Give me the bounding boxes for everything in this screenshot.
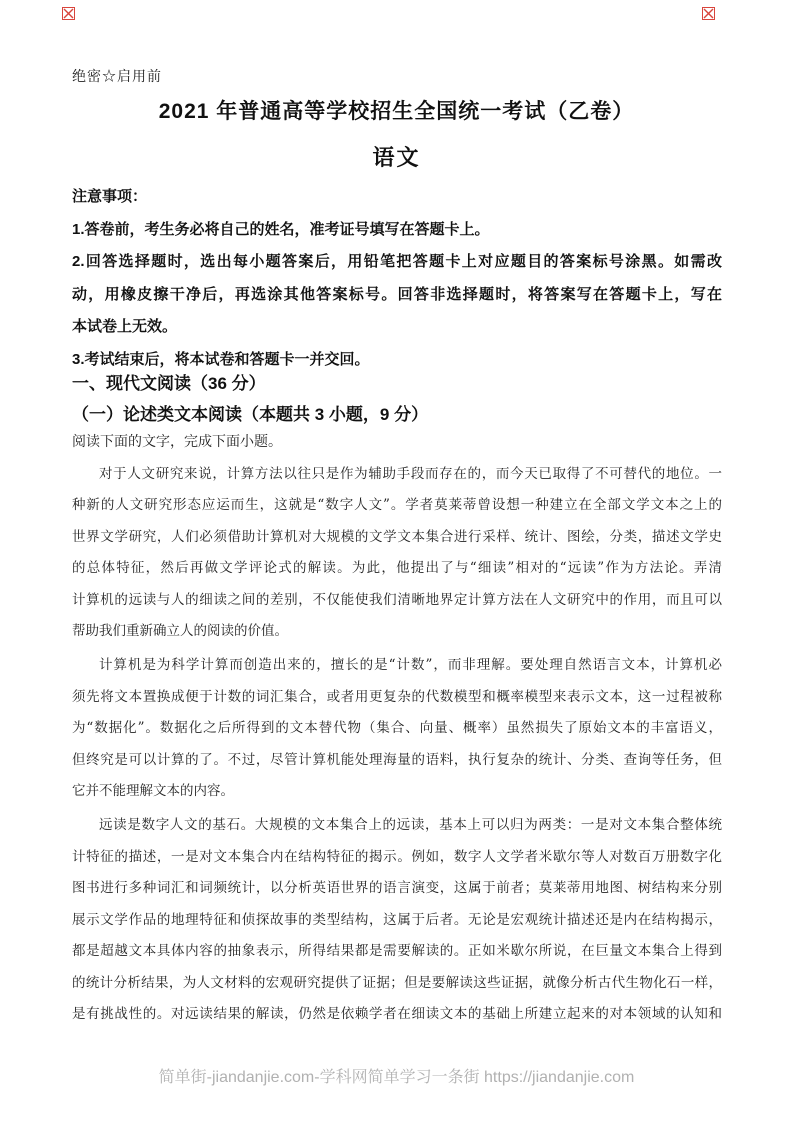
notice-line: 动，用橡皮擦干净后，再选涂其他答案标号。回答非选择题时，将答案写在答题卡上，写在	[72, 279, 722, 312]
notice-line: 2.回答选择题时，选出每小题答案后，用铅笔把答题卡上对应题目的答案标号涂黑。如需…	[72, 246, 722, 279]
broken-image-icon	[62, 5, 75, 18]
body-line: 计算机是为科学计算而创造出来的，擅长的是“计数”，而非理解。要处理自然语言文本，…	[72, 650, 722, 681]
notice-heading: 注意事项：	[72, 181, 722, 214]
footer-link[interactable]: 简单街-jiandanjie.com-学科网简单学习一条街 https://ji…	[0, 1064, 793, 1087]
body-paragraph: 远读是数字人文的基石。大规模的文本集合上的远读，基本上可以归为两类：一是对文本集…	[72, 810, 722, 1030]
body-paragraph: 对于人文研究来说，计算方法以往只是作为辅助手段而存在的，而今天已取得了不可替代的…	[72, 459, 722, 647]
body-line: 须先将文本置换成便于计数的词汇集合，或者用更复杂的代数模型和概率模型来表示文本，…	[72, 682, 722, 713]
reading-prompt: 阅读下面的文字，完成下面小题。	[72, 431, 282, 451]
secrecy-label: 绝密☆启用前	[72, 66, 162, 86]
body-line: 的总体特征，然后再做文学评论式的解读。为此，他提出了与“细读”相对的“远读”作为…	[72, 553, 722, 584]
body-line: 计算机的远读与人的细读之间的差别，不仅能使我们清晰地界定计算方法在人文研究中的作…	[72, 585, 722, 616]
body-line: 它并不能理解文本的内容。	[72, 776, 722, 807]
exam-paper-page: 绝密☆启用前 2021 年普通高等学校招生全国统一考试（乙卷） 语文 注意事项：…	[0, 0, 793, 1122]
body-line: 世界文学研究，人们必须借助计算机对大规模的文学文本集合进行采样、统计、图绘，分类…	[72, 522, 722, 553]
body-line: 展示文学作品的地理特征和侦探故事的类型结构，这属于后者。无论是宏观统计描述还是内…	[72, 905, 722, 936]
subject-title: 语文	[0, 141, 793, 172]
section-heading-modern-reading: 一、现代文阅读（36 分）	[72, 369, 722, 394]
body-line: 为“数据化”。数据化之后所得到的文本替代物（集合、向量、概率）虽然损失了原始文本…	[72, 713, 722, 744]
body-line: 图书进行多种词汇和词频统计，以分析英语世界的语言演变，这属于前者；莫莱蒂用地图、…	[72, 873, 722, 904]
notice-line: 1.答卷前，考生务必将自己的姓名，准考证号填写在答题卡上。	[72, 214, 722, 247]
notice-line: 本试卷上无效。	[72, 311, 722, 344]
body-line: 计特征的描述，一是对文本集合内在结构特征的揭示。例如，数字人文学者米歇尔等人对数…	[72, 842, 722, 873]
body-paragraph: 计算机是为科学计算而创造出来的，擅长的是“计数”，而非理解。要处理自然语言文本，…	[72, 650, 722, 807]
broken-image-icon	[702, 5, 715, 18]
body-line: 对于人文研究来说，计算方法以往只是作为辅助手段而存在的，而今天已取得了不可替代的…	[72, 459, 722, 490]
notice-block: 注意事项： 1.答卷前，考生务必将自己的姓名，准考证号填写在答题卡上。2.回答选…	[72, 181, 722, 376]
body-line: 但终究是可以计算的了。不过，尽管计算机能处理海量的语料，执行复杂的统计、分类、查…	[72, 745, 722, 776]
exam-title: 2021 年普通高等学校招生全国统一考试（乙卷）	[0, 95, 793, 125]
body-line: 都是超越文本具体内容的抽象表示，所得结果都是需要解读的。正如米歇尔所说，在巨量文…	[72, 936, 722, 967]
body-line: 远读是数字人文的基石。大规模的文本集合上的远读，基本上可以归为两类：一是对文本集…	[72, 810, 722, 841]
body-line: 是有挑战性的。对远读结果的解读，仍然是依赖学者在细读文本的基础上所建立起来的对本…	[72, 999, 722, 1030]
body-line: 种新的人文研究形态应运而生，这就是“数字人文”。学者莫莱蒂曾设想一种建立在全部文…	[72, 490, 722, 521]
article-body: 对于人文研究来说，计算方法以往只是作为辅助手段而存在的，而今天已取得了不可替代的…	[72, 459, 722, 1030]
body-line: 的统计分析结果，为人文材料的宏观研究提供了证据；但是要解读这些证据，就像分析古代…	[72, 968, 722, 999]
body-line: 帮助我们重新确立人的阅读的价值。	[72, 616, 722, 647]
section-heading-argumentative-reading: （一）论述类文本阅读（本题共 3 小题，9 分）	[72, 400, 722, 425]
